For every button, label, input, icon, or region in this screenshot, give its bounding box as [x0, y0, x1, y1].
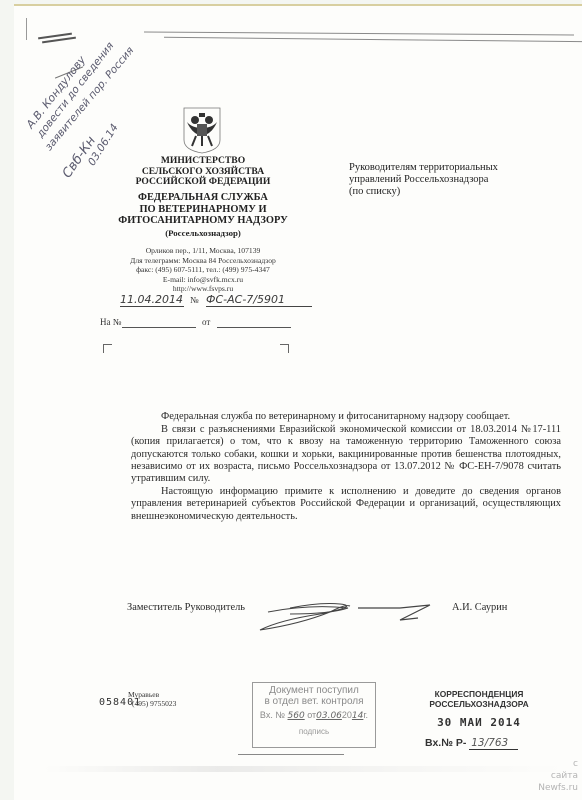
reply-from-label: от [202, 317, 210, 327]
body-paragraph: В связи с разъяснениями Евразийской экон… [131, 424, 561, 485]
letter-body: Федеральная служба по ветеринарному и фи… [131, 411, 561, 523]
signatory-title: Заместитель Руководитель [127, 602, 245, 613]
stamp-underline [238, 754, 344, 755]
registration-date: 11.04.2014 [120, 293, 184, 307]
body-paragraph: Настоящую информацию примите к исполнени… [131, 486, 561, 523]
scan-edge-line [164, 37, 582, 42]
double-headed-eagle-icon [182, 106, 222, 154]
scan-smudge [44, 766, 564, 772]
stamp-sign-label: подпись [253, 727, 375, 736]
reply-date-line [217, 327, 291, 328]
signature-scribble [250, 594, 440, 634]
department-receipt-stamp: Документ поступил в отдел вет. контроля … [252, 682, 376, 748]
scan-edge-mark [26, 18, 27, 40]
letterhead-address: Орликов пер., 1/11, Москва, 107139 Для т… [114, 246, 292, 294]
correspondence-stamp: КОРРЕСПОНДЕНЦИЯ РОССЕЛЬХОЗНАДЗОРА 30 МАИ… [419, 690, 539, 749]
address-corner-mark [103, 344, 112, 353]
reply-number-label: На № [100, 317, 121, 327]
ministry-name: МИНИСТЕРСТВО СЕЛЬСКОГО ХОЗЯЙСТВА РОССИЙС… [114, 156, 292, 188]
stamp-date: 30 МАИ 2014 [419, 716, 539, 729]
body-paragraph: Федеральная служба по ветеринарному и фи… [131, 411, 561, 423]
stamp-in-number: 560 [288, 711, 305, 721]
signatory-name: А.И. Саурин [452, 602, 507, 613]
document-number: 058401 [99, 697, 141, 708]
watermark: с сайта Newfs.ru [538, 758, 578, 794]
service-name: ФЕДЕРАЛЬНАЯ СЛУЖБА ПО ВЕТЕРИНАРНОМУ И ФИ… [114, 192, 292, 227]
stamp-in-date: 03.06 [316, 711, 342, 721]
addressee: Руководителям территориальных управлений… [349, 162, 549, 198]
reply-number-line [122, 327, 196, 328]
stamp-correspondence-number: 13/763 [469, 737, 518, 750]
registration-number: ФС-АС-7/5901 [206, 293, 312, 307]
registration-number-label: № [190, 295, 199, 305]
service-short-name: (Россельхознадзор) [114, 228, 292, 238]
scanned-letter-page: А.В. Кондулову довести до сведения заяви… [14, 4, 582, 800]
scan-edge-line [144, 31, 574, 35]
address-corner-mark [280, 344, 289, 353]
